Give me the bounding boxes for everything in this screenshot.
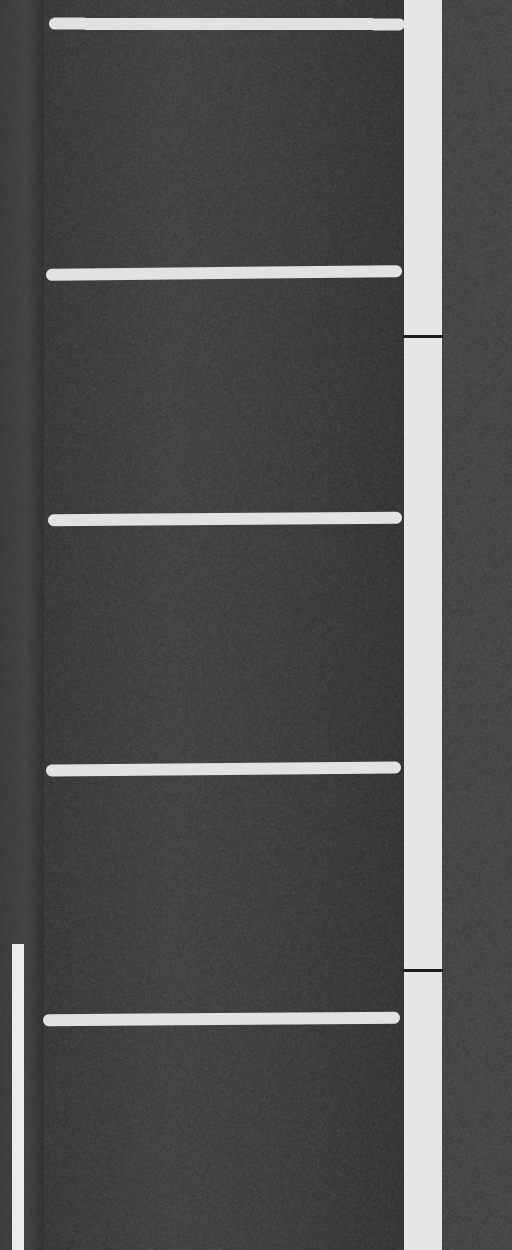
curb-paint-line bbox=[404, 0, 442, 1250]
parking-stall-area bbox=[44, 0, 404, 1250]
pavement-crack bbox=[403, 335, 443, 338]
pavement-crack bbox=[403, 969, 443, 972]
left-edge-line bbox=[12, 944, 24, 1250]
stall-line bbox=[48, 512, 402, 526]
parking-lot-aerial bbox=[0, 0, 512, 1250]
stall-line bbox=[43, 1012, 400, 1026]
stall-line bbox=[49, 18, 405, 31]
right-asphalt-strip bbox=[442, 0, 512, 1250]
